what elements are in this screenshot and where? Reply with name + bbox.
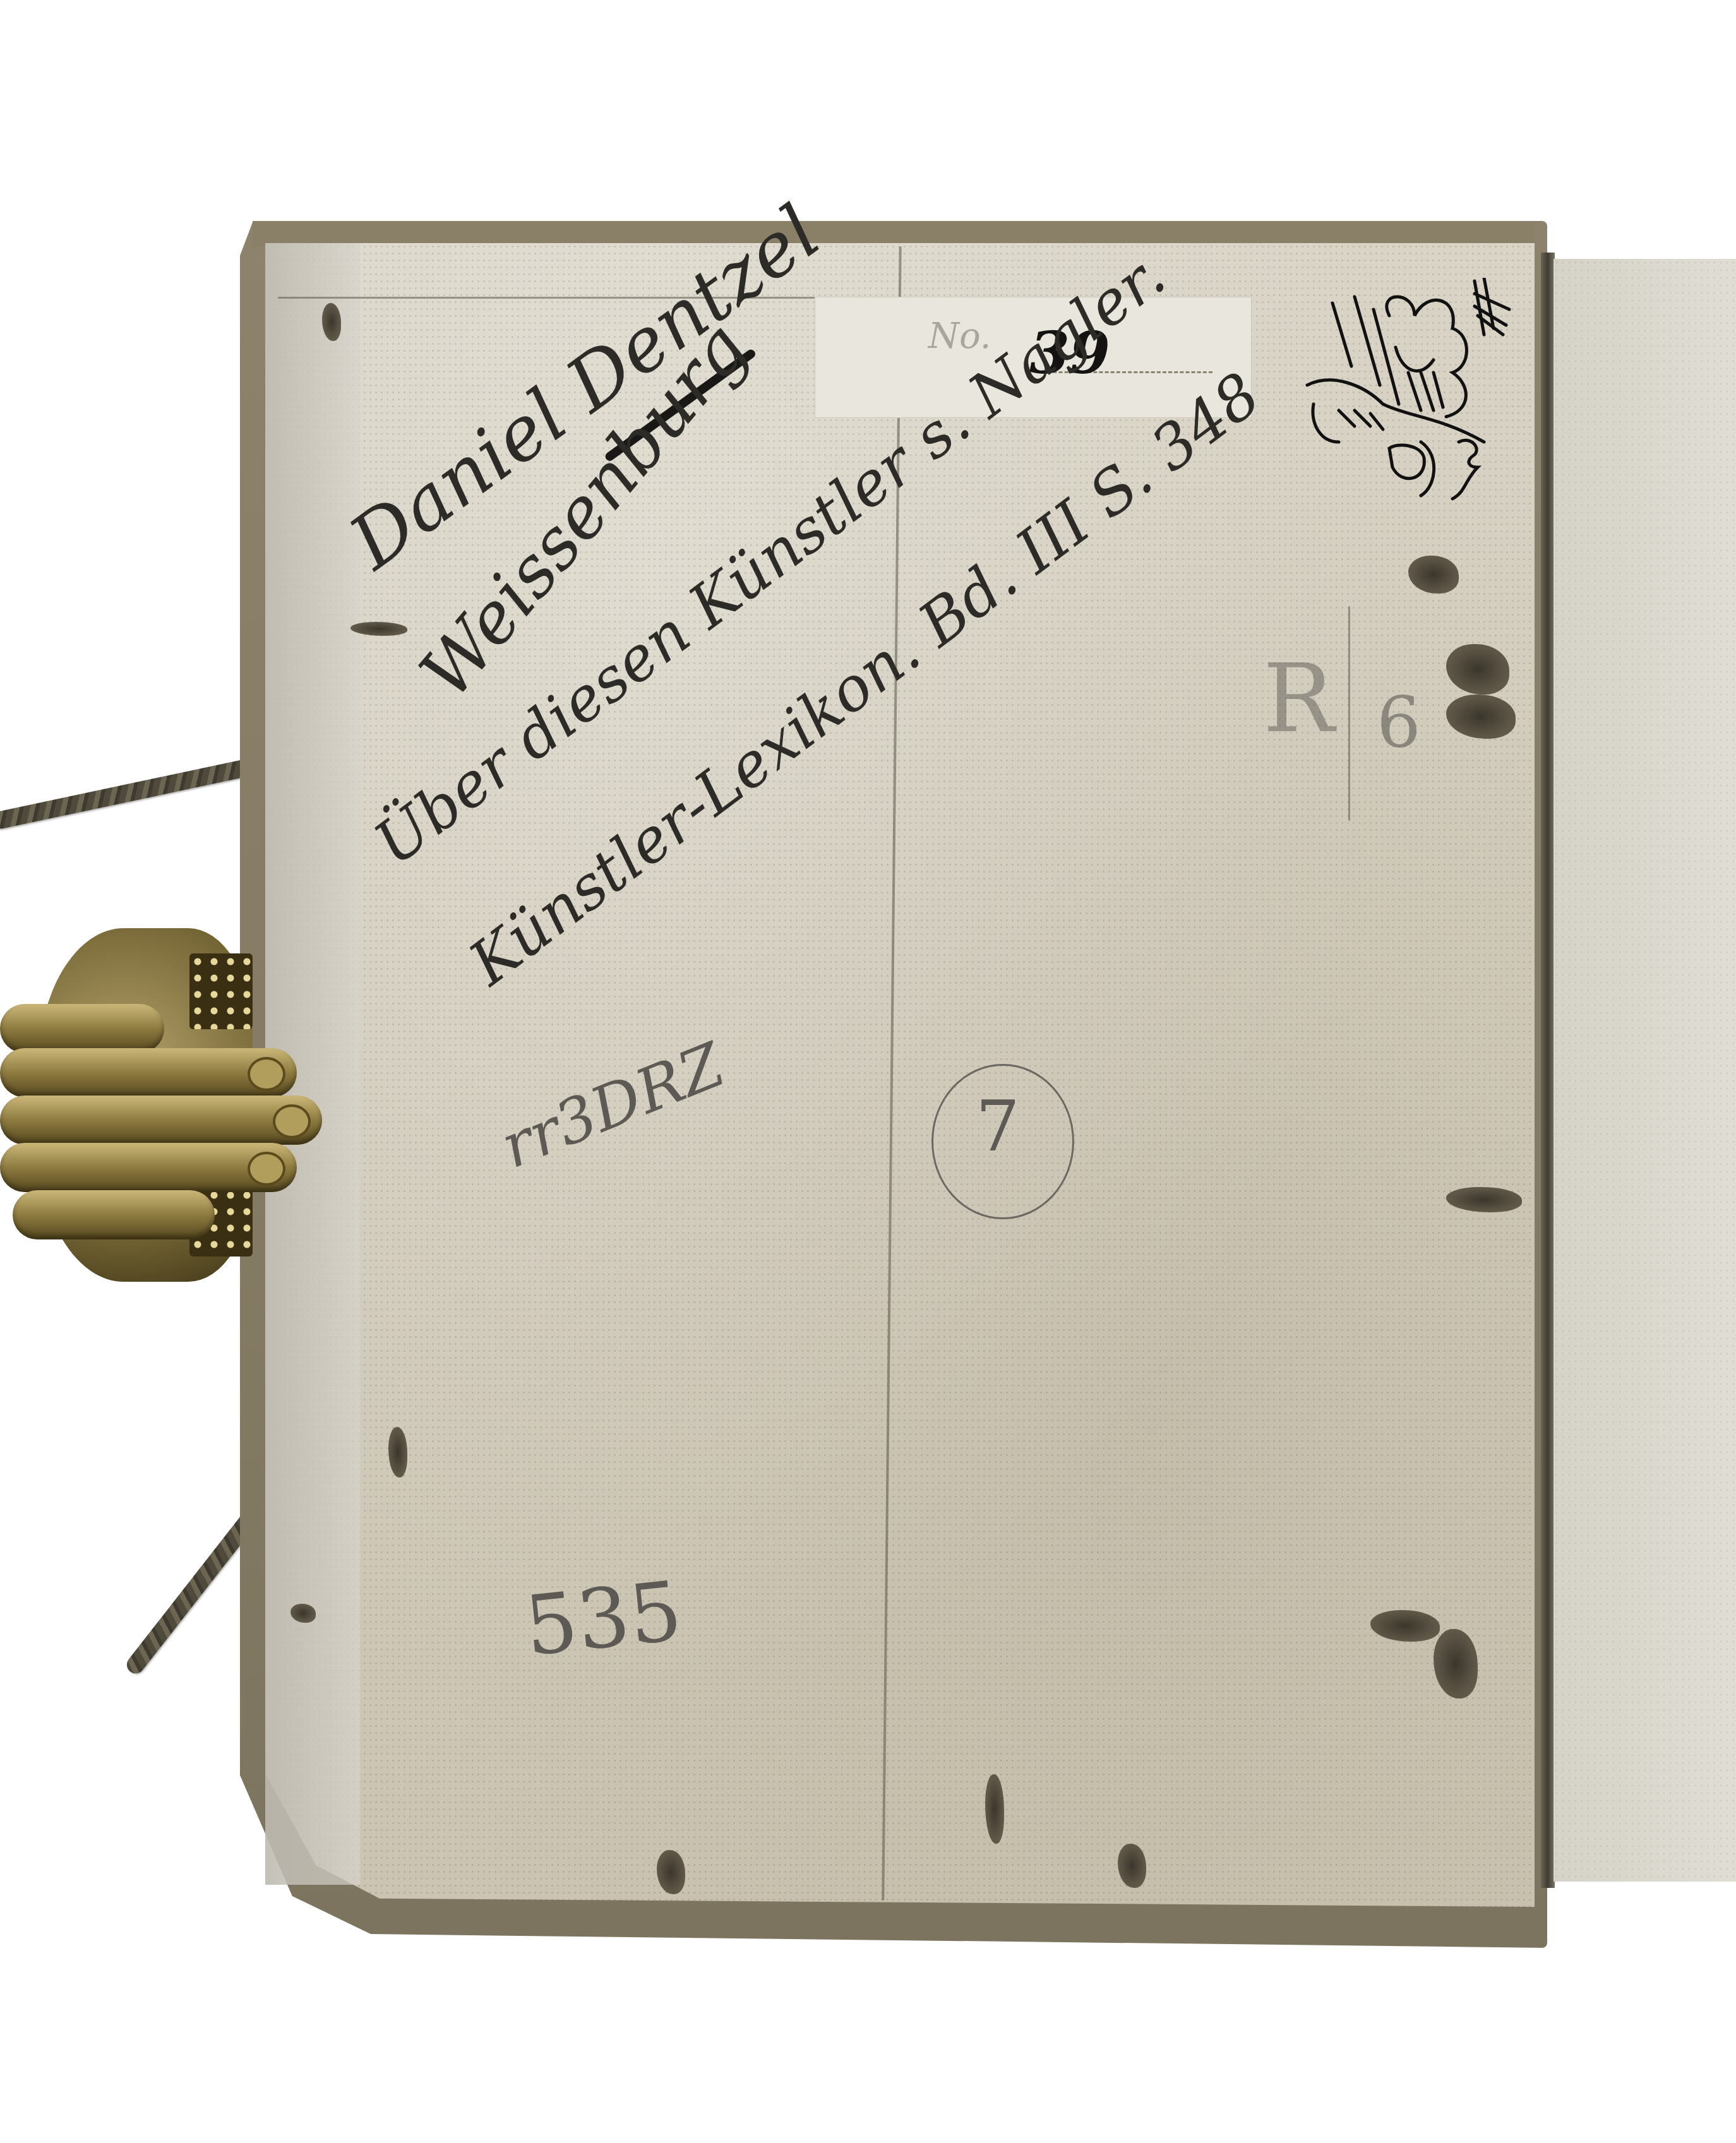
top-turn-in xyxy=(253,221,1535,246)
brass-hand-clasp-icon xyxy=(0,928,328,1282)
fingernail xyxy=(248,1152,285,1186)
book-spine-gutter xyxy=(1541,253,1555,1888)
fingernail xyxy=(273,1104,311,1138)
clasp-stud-grid xyxy=(189,953,253,1029)
clasp-finger xyxy=(0,1095,322,1145)
upper-cord-icon xyxy=(0,758,254,830)
circled-number: 7 xyxy=(976,1086,1020,1167)
facing-flyleaf xyxy=(1553,259,1736,1882)
book-photograph: No. 39 Daniel Dentzel Weissenburg Über d… xyxy=(0,0,1736,2143)
clasp-finger xyxy=(0,1048,297,1097)
pencil-mark-right: 6 xyxy=(1377,682,1421,763)
clasp-thumb xyxy=(13,1190,215,1239)
clasp-finger xyxy=(0,1004,164,1053)
fingernail xyxy=(248,1057,285,1091)
pencil-divider xyxy=(1348,606,1350,821)
bottom-number: 535 xyxy=(520,1563,686,1674)
clasp-finger xyxy=(0,1143,297,1192)
ink-creature-doodle-icon xyxy=(1295,278,1535,505)
label-faint-prefix: No. xyxy=(928,316,991,357)
pencil-mark-left: R xyxy=(1263,644,1334,754)
